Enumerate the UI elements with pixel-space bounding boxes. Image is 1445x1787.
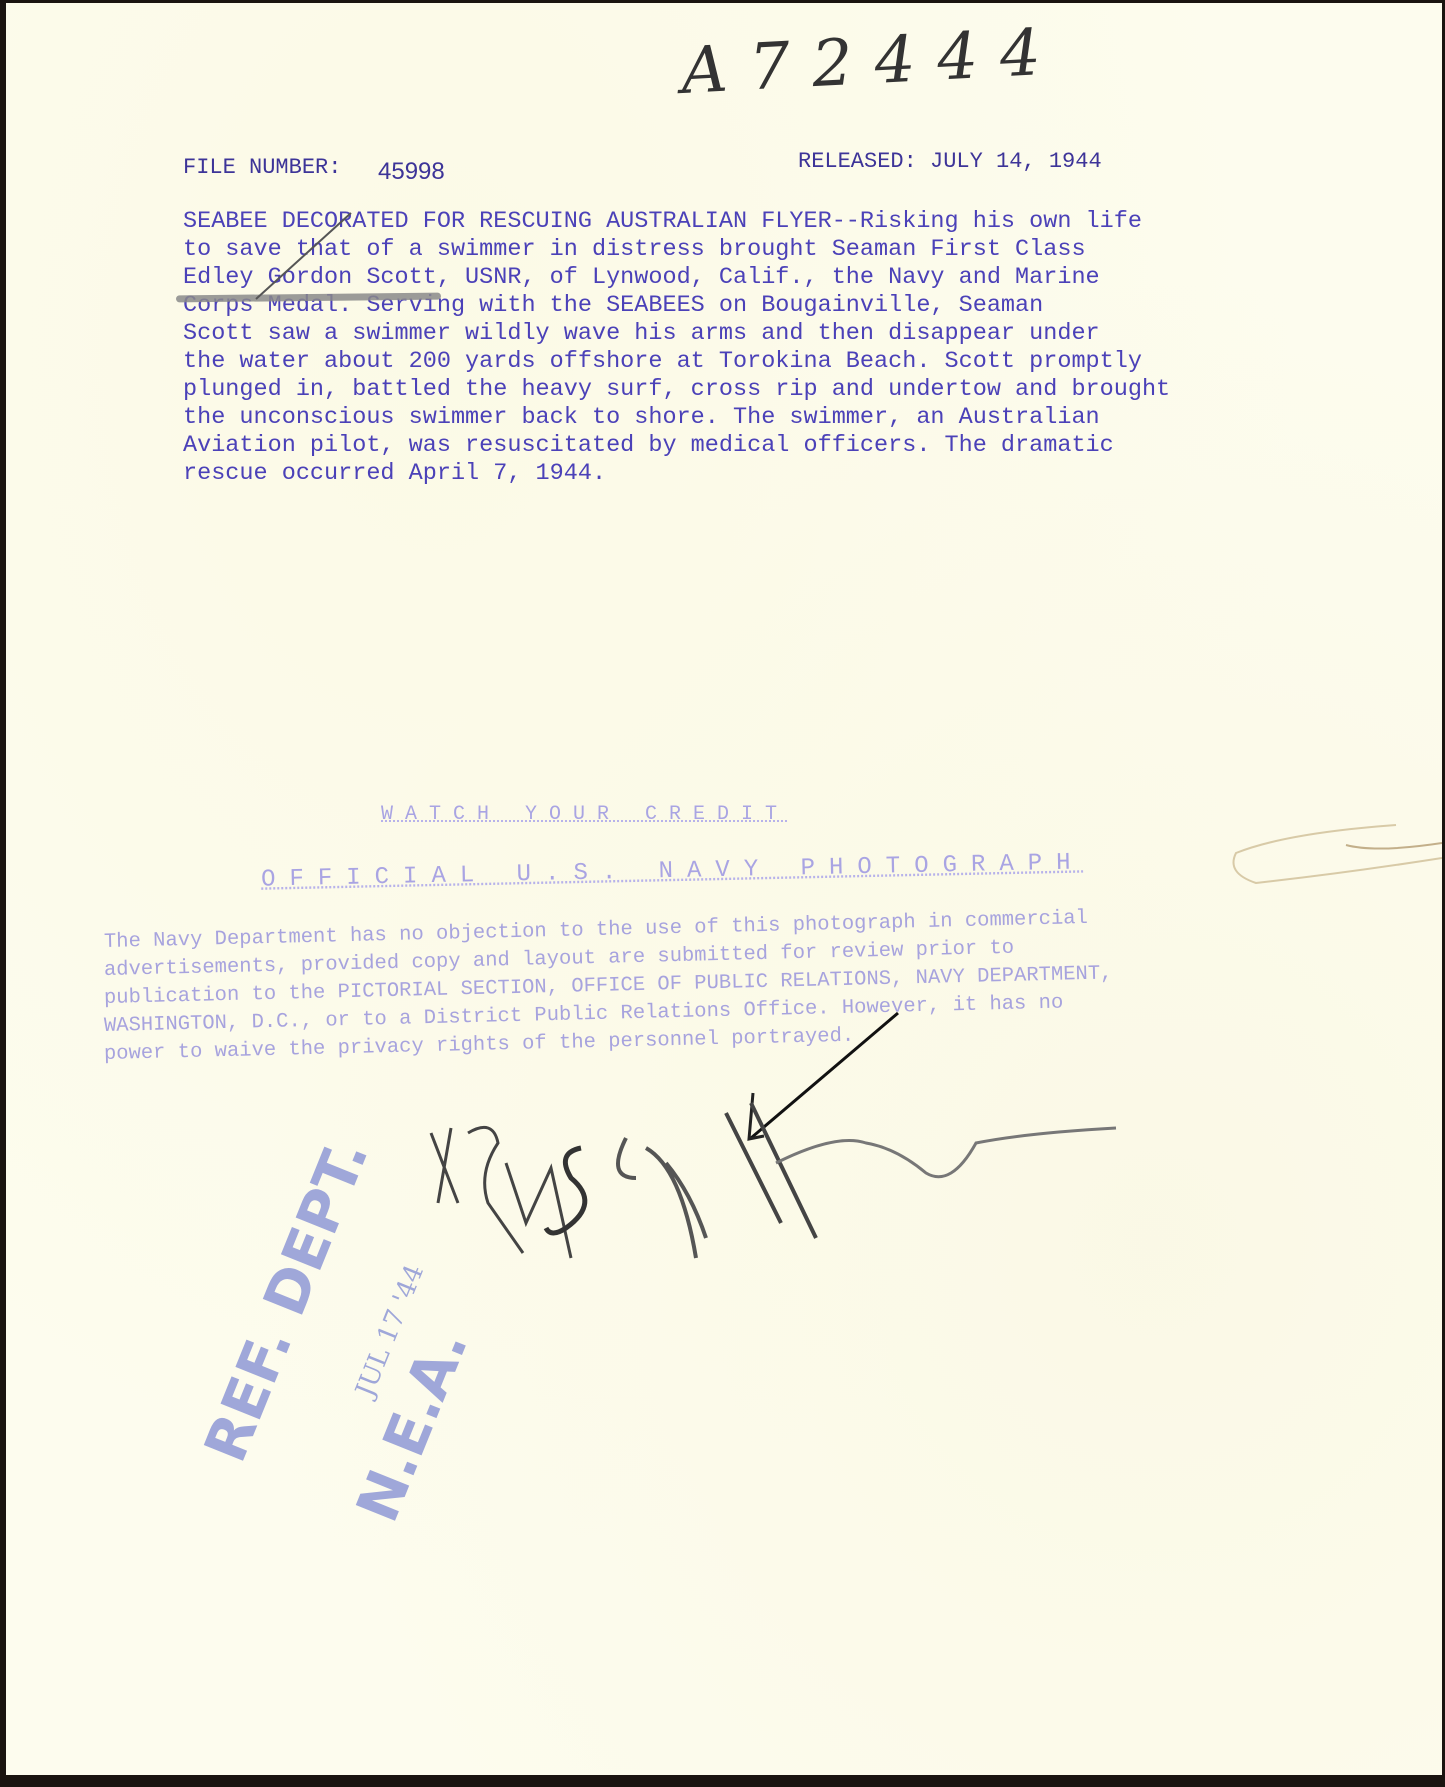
credit-line-watch-credit: WATCH YOUR CREDIT xyxy=(381,803,789,826)
stamp-ref-dept: REF. DEPT. xyxy=(191,1130,382,1471)
caption-line: Scott saw a swimmer wildly wave his arms… xyxy=(183,320,1100,348)
photo-back-sheet: A72444 FILE NUMBER: 45998 RELEASED: JULY… xyxy=(6,3,1442,1775)
release-date: RELEASED: JULY 14, 1944 xyxy=(798,149,1102,174)
handwritten-catalog-number: A72444 xyxy=(679,15,1064,109)
credit-line-official-photo: OFFICIAL U.S. NAVY PHOTOGRAPH xyxy=(261,849,1085,893)
caption-line: to save that of a swimmer in distress br… xyxy=(183,236,1086,264)
caption-line: rescue occurred April 7, 1944. xyxy=(183,460,606,488)
stamp-nea: N.E.A. xyxy=(343,1320,481,1531)
caption-line: SEABEE DECORATED FOR RESCUING AUSTRALIAN… xyxy=(183,208,1142,236)
file-number-label: FILE NUMBER: xyxy=(183,155,341,180)
caption-line: Aviation pilot, was resuscitated by medi… xyxy=(183,432,1114,460)
paperclip-mark-icon xyxy=(1226,803,1442,893)
caption-line: the water about 200 yards offshore at To… xyxy=(183,348,1142,376)
file-number-value: 45998 xyxy=(378,158,445,186)
caption-line: the unconscious swimmer back to shore. T… xyxy=(183,404,1100,432)
caption-line: plunged in, battled the heavy surf, cros… xyxy=(183,376,1170,404)
caption-line: Edley Gordon Scott, USNR, of Lynwood, Ca… xyxy=(183,264,1100,292)
